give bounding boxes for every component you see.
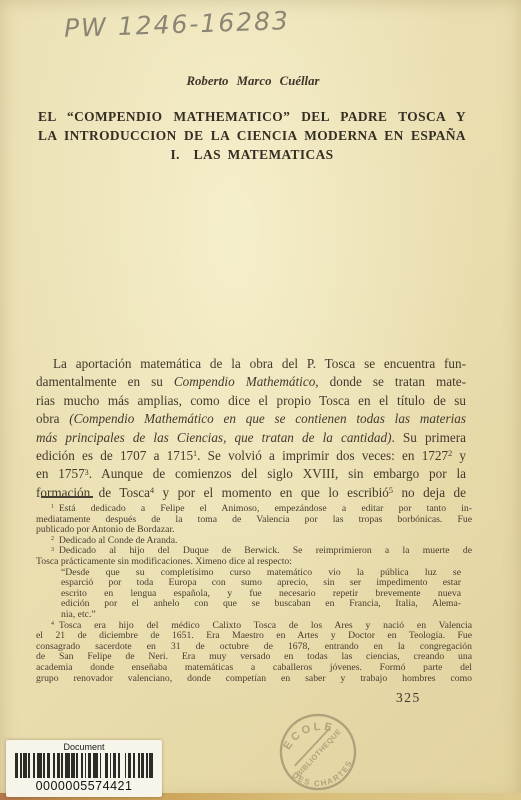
author-name: Roberto Marco Cuéllar: [36, 74, 470, 89]
title-line: EL “COMPENDIO MATHEMATICO” DEL PADRE TOS…: [38, 108, 466, 127]
title-line: LA INTRODUCCION DE LA CIENCIA MODERNA EN…: [38, 127, 466, 146]
body-text-line: obra (Compendio Mathemático en que se co…: [36, 410, 466, 428]
barcode-number: 0000005574421: [6, 778, 162, 793]
barcode-label: Document: [6, 740, 162, 752]
scanned-page: PW 1246-16283 Roberto Marco Cuéllar EL “…: [0, 0, 521, 800]
footnote-separator-rule: [41, 496, 93, 498]
page-number: 325: [396, 690, 421, 706]
article-title: EL “COMPENDIO MATHEMATICO” DEL PADRE TOS…: [38, 108, 466, 164]
library-stamp-icon: ECOLE DES CHARTES BIBLIOTHEQUE: [268, 702, 368, 800]
footnotes-block: 1 Está dedicado a Felipe el Animoso, emp…: [36, 504, 472, 684]
body-text-line: La aportación matemática de la obra del …: [36, 355, 466, 373]
barcode-icon: [15, 753, 153, 778]
body-text-line: formación de Tosca4 y por el momento en …: [36, 484, 466, 502]
body-text-line: rias mucho más amplias, como dice el pro…: [36, 392, 466, 410]
handwritten-call-number: PW 1246-16283: [64, 6, 291, 43]
body-text-line: damentalmente en su Compendio Mathemátic…: [36, 373, 466, 391]
barcode-sticker: Document 0000005574421: [6, 740, 162, 797]
body-text-line: edición es de 1707 a 17151. Se volvió a …: [36, 447, 466, 465]
footnote-line: grupo renovador valenciano, donde compet…: [36, 674, 472, 685]
footnote-line: edición por el anhelo con que se buscaba…: [61, 599, 461, 610]
barcode-bar: [149, 753, 152, 778]
body-paragraph: La aportación matemática de la obra del …: [36, 355, 466, 502]
title-line: I. LAS MATEMATICAS: [38, 146, 466, 165]
body-text-line: más principales de las Ciencias, que tra…: [36, 429, 466, 447]
body-text-line: en 17573. Aunque de comienzos del siglo …: [36, 465, 466, 483]
